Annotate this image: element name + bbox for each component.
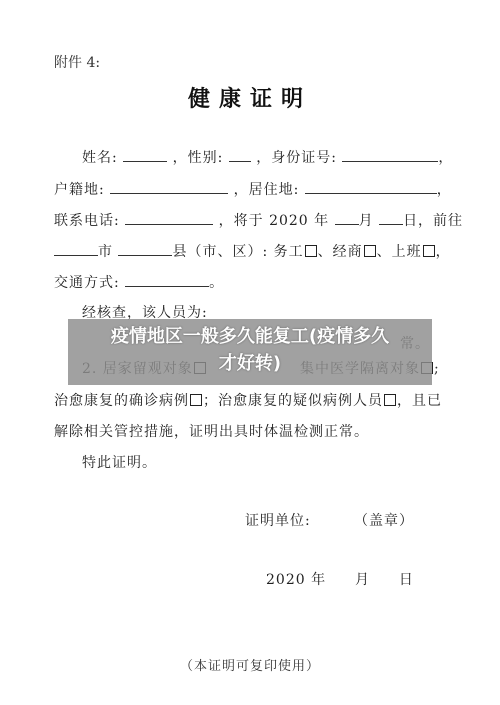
personal-info-line: 姓名: ，性别: ，身份证号: ， [54, 147, 453, 167]
month-label: 月 [359, 213, 374, 229]
semicolon: ; [434, 361, 440, 377]
checkbox-recovered-confirmed[interactable] [190, 394, 202, 406]
county-blank [118, 242, 172, 256]
id-label: ，身份证号: [256, 150, 337, 166]
date-day: 日 [399, 572, 414, 588]
overlay-headline-line1: 疫情地区一般多久能复工(疫情多久 [68, 323, 432, 350]
city-label: 市 [98, 244, 113, 260]
name-blank [123, 148, 167, 162]
issuer-label: 证明单位: [245, 510, 311, 530]
travel-date-text: ，将于 2020 年 [219, 213, 330, 229]
id-blank [342, 148, 438, 162]
gender-label: ，性别: [173, 150, 224, 166]
checkbox-business[interactable] [364, 245, 376, 257]
gender-blank [229, 148, 251, 162]
phone-blank [125, 211, 213, 225]
overlay-headline[interactable]: 疫情地区一般多久能复工(疫情多久 才好转) [68, 323, 432, 377]
checkbox-recovered-suspected[interactable] [384, 394, 396, 406]
comma: ， [438, 150, 453, 166]
document-title: 健康证明 [0, 82, 500, 113]
month-blank [335, 211, 359, 225]
copy-permission-note: （本证明可复印使用） [0, 655, 500, 674]
seal-label: （盖章） [354, 510, 414, 530]
transport-label: 交通方式: [54, 275, 120, 291]
annex-label: 附件 4: [54, 52, 100, 72]
hukou-label: 户籍地: [54, 182, 105, 198]
day-blank [379, 211, 403, 225]
release-line: 解除相关管控措施，证明出具时体温检测正常。 [54, 421, 369, 441]
day-label: 日，前往 [403, 213, 463, 229]
option-business-label: 、经商 [318, 244, 363, 260]
and-already: ，且已 [397, 393, 442, 409]
residence-blank [305, 180, 437, 194]
phone-travel-line: 联系电话: ，将于 2020 年 月 日，前往 [54, 210, 463, 230]
county-label: 县（市、区）: 务工 [172, 244, 303, 260]
residence-label: ，居住地: [234, 182, 300, 198]
option-work-label: 、上班 [377, 244, 422, 260]
recovered-suspected-label: ；治愈康复的疑似病例人员 [203, 393, 383, 409]
date-year: 2020 年 [266, 572, 326, 588]
recovered-line: 治愈康复的确诊病例；治愈康复的疑似病例人员，且已 [54, 390, 442, 410]
period: 。 [209, 275, 224, 291]
checkbox-commute[interactable] [423, 245, 435, 257]
phone-label: 联系电话: [54, 213, 120, 229]
name-label: 姓名: [82, 150, 118, 166]
hereby-certify: 特此证明。 [54, 452, 157, 472]
comma: ， [437, 182, 452, 198]
address-line: 户籍地: ，居住地: ， [54, 179, 452, 199]
city-blank [54, 242, 98, 256]
hukou-blank [110, 180, 228, 194]
issue-date: 2020 年 月 日 [266, 569, 414, 589]
recovered-confirmed-label: 治愈康复的确诊病例 [54, 393, 189, 409]
health-certificate-page: 附件 4: 健康证明 姓名: ，性别: ，身份证号: ， 户籍地: ，居住地: … [0, 0, 500, 705]
overlay-headline-line2: 才好转) [68, 350, 432, 377]
checkbox-work-migrant[interactable] [305, 245, 317, 257]
comma: ， [436, 244, 451, 260]
date-month: 月 [355, 572, 370, 588]
destination-line: 市 县（市、区）: 务工、经商、上班， [54, 241, 451, 261]
transport-blank [125, 273, 209, 287]
transport-line: 交通方式: 。 [54, 272, 224, 292]
overlay-headline-banner[interactable]: 疫情地区一般多久能复工(疫情多久 才好转) [68, 319, 432, 385]
